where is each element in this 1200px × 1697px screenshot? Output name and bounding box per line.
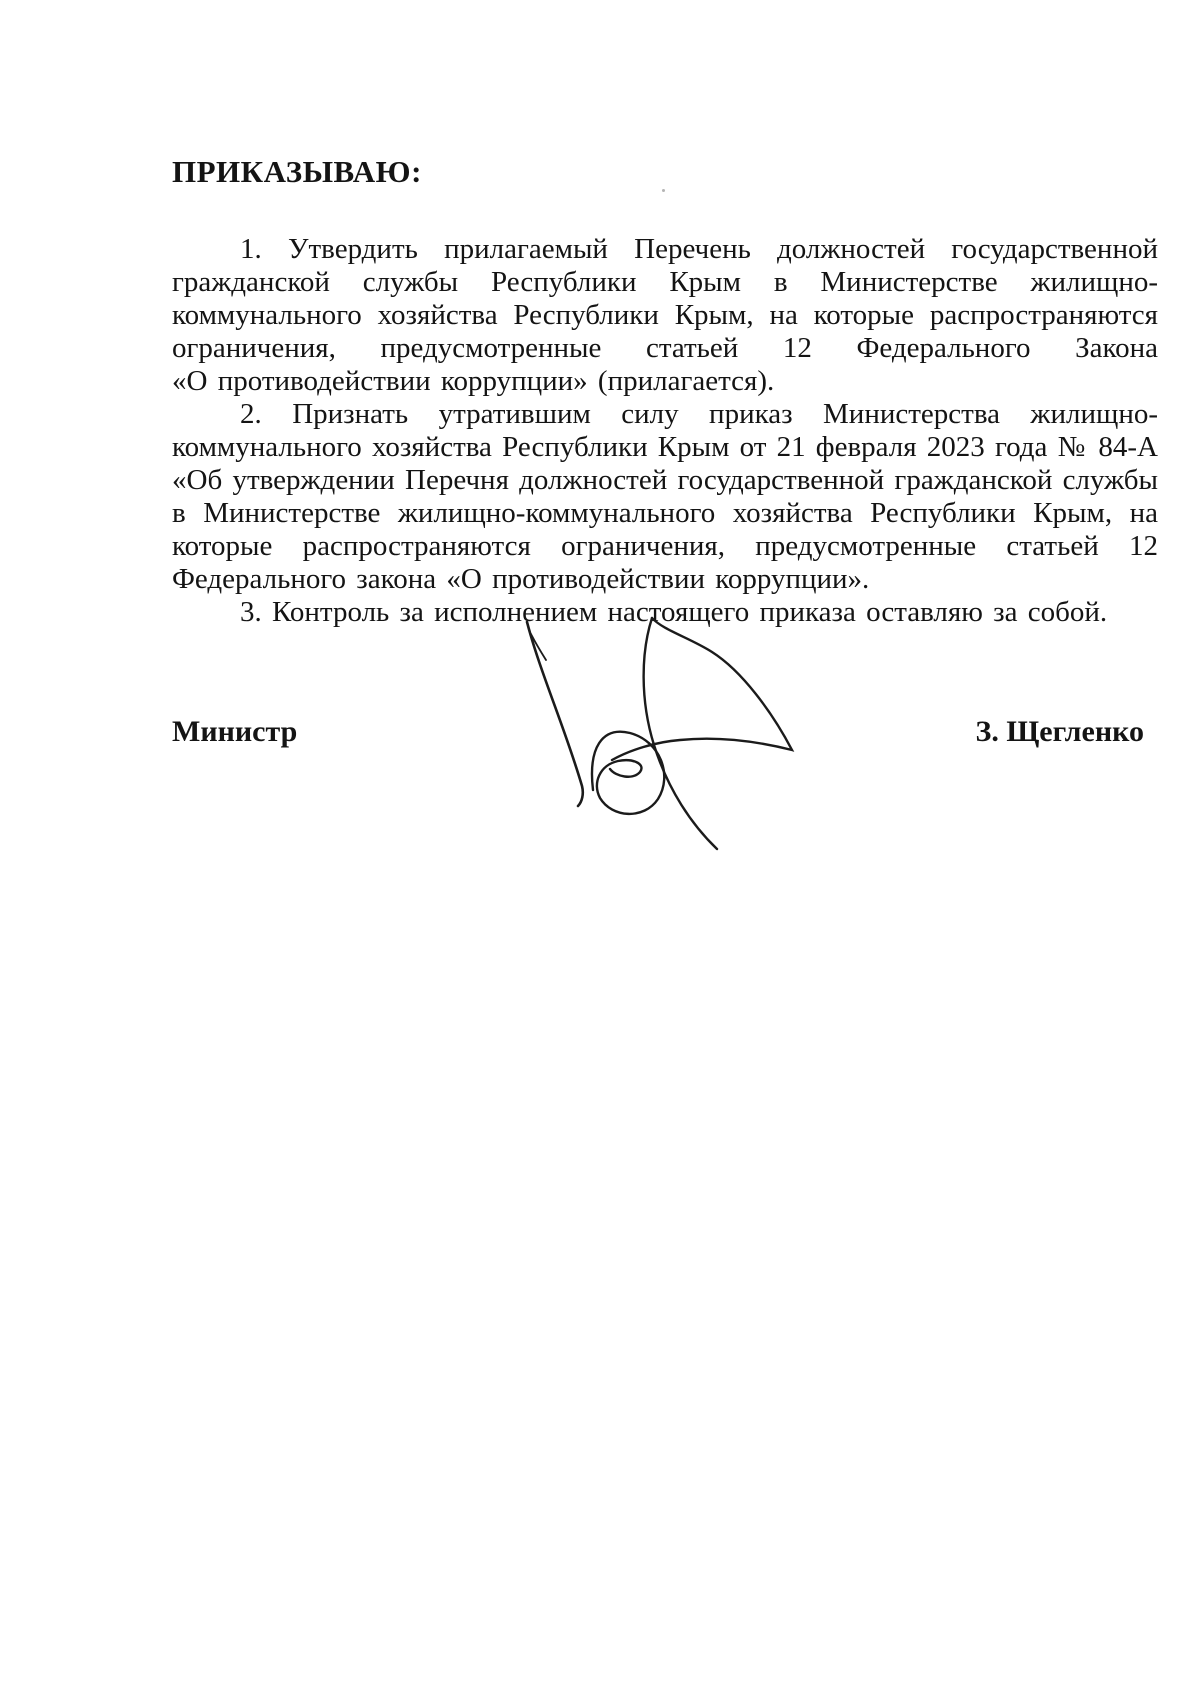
handwritten-signature: [480, 555, 810, 865]
paragraph-2-line: в Министерстве жилищно-коммунального хоз…: [172, 497, 1158, 530]
minister-title: Министр: [172, 715, 297, 749]
paragraph-1-line: 1. Утвердить прилагаемый Перечень должно…: [172, 233, 1158, 266]
paragraph-1-line: ограничения, предусмотренные статьей 12 …: [172, 332, 1158, 365]
paragraph-1-line: гражданской службы Республики Крым в Мин…: [172, 266, 1158, 299]
paragraph-1: 1. Утвердить прилагаемый Перечень должно…: [172, 233, 1158, 398]
paragraph-1-line: «О противодействии коррупции» (прилагает…: [172, 365, 1158, 398]
paragraph-2-line: коммунального хозяйства Республики Крым …: [172, 431, 1158, 464]
document-page: ПРИКАЗЫВАЮ: 1. Утвердить прилагаемый Пер…: [0, 0, 1200, 1697]
paragraph-1-line: коммунального хозяйства Республики Крым,…: [172, 299, 1158, 332]
scan-noise-dot: [662, 189, 665, 192]
paragraph-2-line: «Об утверждении Перечня должностей госуд…: [172, 464, 1158, 497]
order-heading: ПРИКАЗЫВАЮ:: [172, 155, 1158, 188]
paragraph-2-line: 2. Признать утратившим силу приказ Минис…: [172, 398, 1158, 431]
signer-name: З. Щегленко: [975, 715, 1158, 749]
